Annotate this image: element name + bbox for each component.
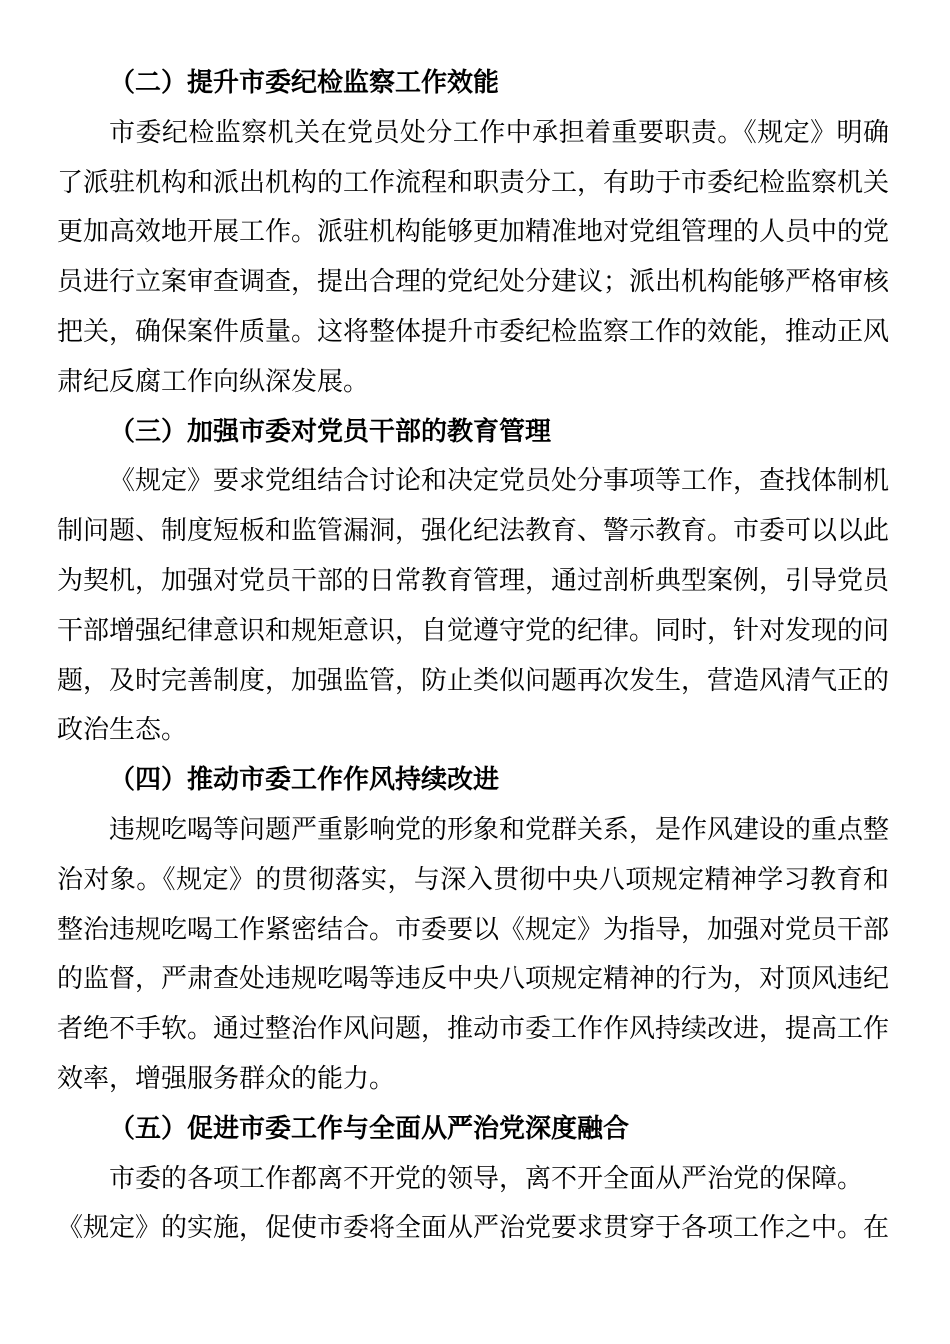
paragraph-line: 市委纪检监察机关在党员处分工作中承担着重要职责。《规定》明确: [57, 108, 889, 158]
paragraph-line: 肃纪反腐工作向纵深发展。: [57, 357, 889, 407]
paragraph-line: 了派驻机构和派出机构的工作流程和职责分工，有助于市委纪检监察机关: [57, 158, 889, 208]
paragraph-line: 的监督，严肃查处违规吃喝等违反中央八项规定精神的行为，对顶风违纪: [57, 954, 889, 1004]
section-4-heading: （四）推动市委工作作风持续改进: [57, 755, 889, 805]
paragraph-line: 《规定》要求党组结合讨论和决定党员处分事项等工作，查找体制机: [57, 456, 889, 506]
section-5-heading: （五）促进市委工作与全面从严治党深度融合: [57, 1104, 889, 1154]
paragraph-line: 治对象。《规定》的贯彻落实，与深入贯彻中央八项规定精神学习教育和: [57, 855, 889, 905]
paragraph-line: 整治违规吃喝工作紧密结合。市委要以《规定》为指导，加强对党员干部: [57, 905, 889, 955]
section-2-heading: （二）提升市委纪检监察工作效能: [57, 58, 889, 108]
paragraph-line: 把关，确保案件质量。这将整体提升市委纪检监察工作的效能，推动正风: [57, 307, 889, 357]
paragraph-line: 者绝不手软。通过整治作风问题，推动市委工作作风持续改进，提高工作: [57, 1004, 889, 1054]
paragraph-line: 题，及时完善制度，加强监管，防止类似问题再次发生，营造风清气正的: [57, 656, 889, 706]
paragraph-line: 政治生态。: [57, 705, 889, 755]
section-3-heading: （三）加强市委对党员干部的教育管理: [57, 407, 889, 457]
paragraph-line: 市委的各项工作都离不开党的领导，离不开全面从严治党的保障。: [57, 1154, 889, 1204]
paragraph-line: 违规吃喝等问题严重影响党的形象和党群关系，是作风建设的重点整: [57, 805, 889, 855]
paragraph-line: 员进行立案审查调查，提出合理的党纪处分建议；派出机构能够严格审核: [57, 257, 889, 307]
paragraph-line: 干部增强纪律意识和规矩意识，自觉遵守党的纪律。同时，针对发现的问: [57, 606, 889, 656]
document-page: （二）提升市委纪检监察工作效能 市委纪检监察机关在党员处分工作中承担着重要职责。…: [0, 0, 950, 1344]
paragraph-line: 效率，增强服务群众的能力。: [57, 1054, 889, 1104]
paragraph-line: 制问题、制度短板和监管漏洞，强化纪法教育、警示教育。市委可以以此: [57, 506, 889, 556]
paragraph-line: 更加高效地开展工作。派驻机构能够更加精准地对党组管理的人员中的党: [57, 207, 889, 257]
paragraph-line: 为契机，加强对党员干部的日常教育管理，通过剖析典型案例，引导党员: [57, 556, 889, 606]
paragraph-line: 《规定》的实施，促使市委将全面从严治党要求贯穿于各项工作之中。在: [57, 1203, 889, 1253]
